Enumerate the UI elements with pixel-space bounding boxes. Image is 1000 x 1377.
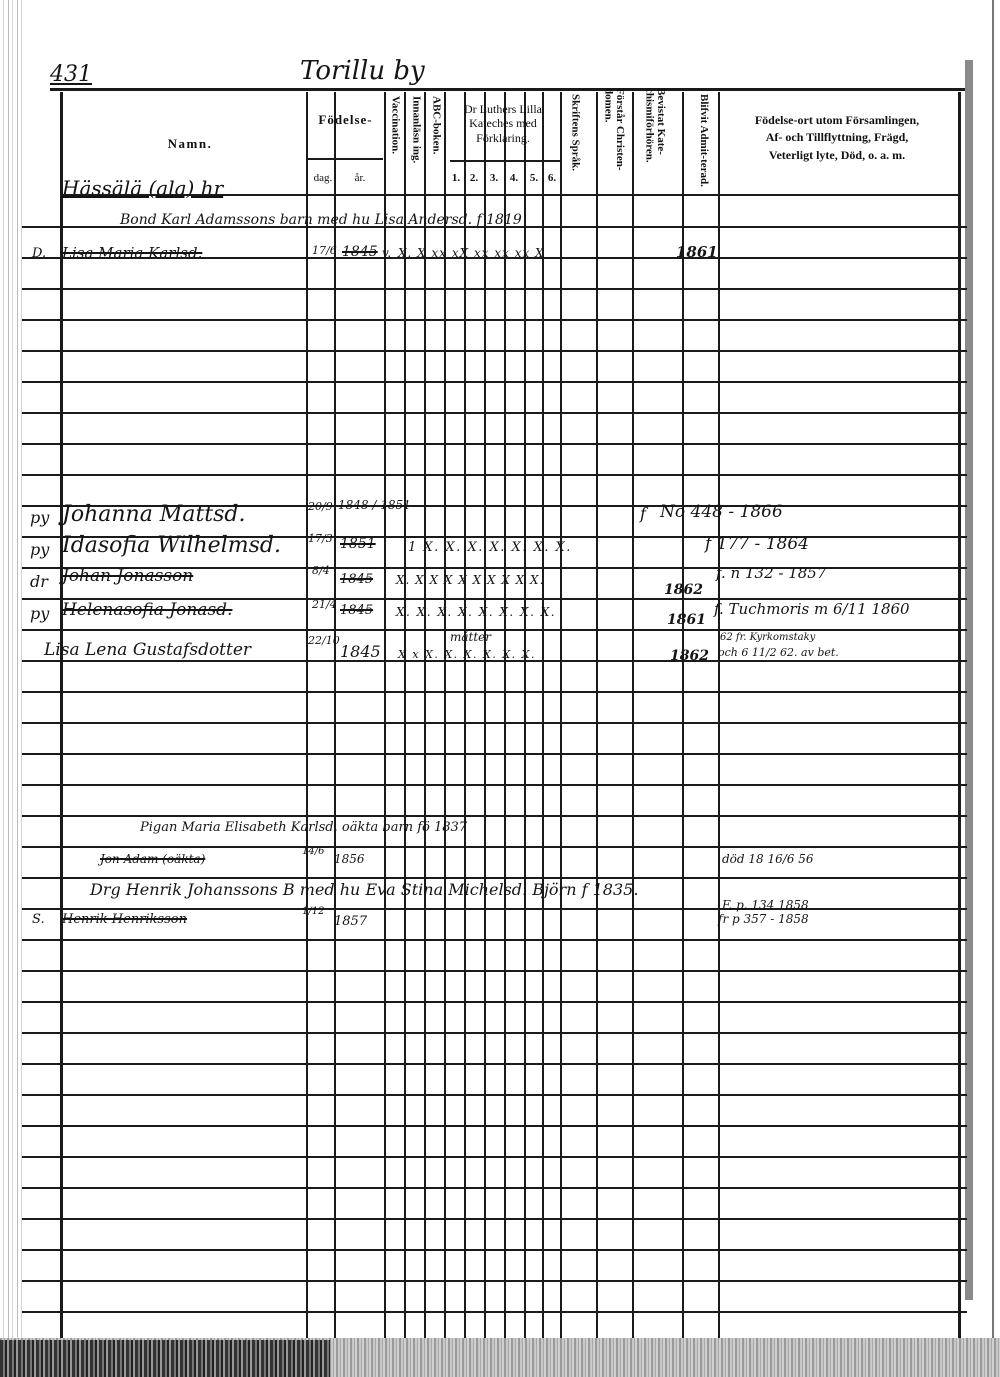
- row-line: [22, 722, 967, 724]
- header-luther-col-6: 6.: [544, 172, 560, 185]
- row-line: [22, 350, 967, 352]
- margin-note: S.: [32, 912, 45, 927]
- entry-remarks: f. Tuchmoris m 6/11 1860: [714, 600, 910, 618]
- column-line: [306, 92, 308, 1340]
- entry-day-month: 17/6: [312, 244, 337, 257]
- scan-right-edge: [992, 0, 994, 1377]
- header-luther-line-3: Förklaring.: [447, 131, 559, 145]
- family-line-4: Drg Henrik Johanssons B med hu Eva Stina…: [90, 880, 638, 899]
- header-remarks-line-3: Veterligt lyte, Död, o. a. m.: [722, 147, 952, 164]
- row-line: [22, 784, 967, 786]
- entry-year: 1845: [340, 642, 381, 661]
- row-line: [22, 1094, 967, 1096]
- entry-day-month: 14/6: [302, 846, 324, 857]
- row-line: [22, 691, 967, 693]
- header-namn: Namn.: [130, 136, 250, 152]
- row-line: [22, 319, 967, 321]
- row-line: [22, 412, 967, 414]
- header-fodelse-divider: [308, 158, 383, 160]
- entry-name: Johan Jonasson: [62, 566, 193, 586]
- entry-year: 1845: [340, 572, 373, 587]
- entry-day-month: 1/12: [302, 906, 324, 917]
- entry-day-month: 22/10: [308, 634, 340, 647]
- entry-remarks: f 177 - 1864: [705, 534, 809, 554]
- column-line: [524, 92, 526, 1340]
- entry-above-marks-note: måtter: [450, 630, 491, 644]
- header-remarks: Födelse-ort utom Församlingen, Af- och T…: [722, 112, 952, 164]
- row-line: [22, 288, 967, 290]
- row-line: [22, 381, 967, 383]
- header-bottom-line: [60, 194, 960, 196]
- entry-year: 1845: [342, 244, 378, 260]
- entry-catechism-remark: f: [640, 504, 646, 523]
- entry-day-month: 20/9: [308, 500, 333, 513]
- entry-remarks-line-1: 62 fr. Kyrkomstaky: [720, 632, 815, 643]
- row-line: [22, 1249, 967, 1251]
- column-line: [958, 92, 961, 1340]
- row-line: [22, 1156, 967, 1158]
- family-line-3: Pigan Maria Elisabeth Karlsd. oäkta barn…: [140, 820, 467, 835]
- column-line: [444, 92, 446, 1340]
- village-title: Torillu by: [300, 56, 425, 86]
- header-luther-col-4: 4.: [506, 172, 522, 185]
- row-line: [22, 1187, 967, 1189]
- scan-right-gutter: [965, 60, 973, 1300]
- entry-admitted: 1862: [664, 582, 703, 598]
- entry-name: Idasofia Wilhelmsd.: [62, 533, 281, 558]
- entry-day-month: 8/4: [312, 564, 330, 577]
- column-line: [464, 92, 466, 1340]
- row-line: [22, 1125, 967, 1127]
- entry-admitted: 1862: [670, 648, 709, 664]
- header-luther-line-2: Kateches med: [447, 116, 559, 130]
- row-line: [22, 1063, 967, 1065]
- header-bevistat-katechismiforhoren: Bevistat Kate-chismiförhören.: [634, 88, 666, 188]
- farm-heading: Hässälä (ala) hr: [62, 176, 223, 200]
- header-vaccination: Vaccination.: [389, 96, 401, 186]
- entry-name: Johanna Mattsd.: [62, 502, 246, 527]
- entry-marks: X. X xx xX xx xx xx X: [398, 246, 545, 260]
- margin-note: py: [30, 540, 49, 559]
- header-fodelse: Födelse-: [308, 112, 383, 128]
- entry-marks: X. X X X X X X X X X.: [396, 573, 544, 587]
- entry-marks: 1 X. X. X. X. X. X. X.: [408, 540, 572, 555]
- family-line-1: Bond Karl Adamssons barn med hu Lisa And…: [120, 212, 522, 228]
- header-luther-col-2: 2.: [466, 172, 482, 185]
- header-dag: dag.: [310, 172, 336, 185]
- row-line: [22, 629, 967, 631]
- entry-year: 1848 / 1851: [338, 498, 411, 512]
- entry-remarks-line-2: fr p 357 - 1858: [718, 912, 809, 926]
- entry-remarks-line-2: och 6 11/2 62. av bet.: [718, 646, 839, 659]
- row-line: [22, 1001, 967, 1003]
- column-line: [632, 92, 634, 1340]
- column-line: [484, 92, 486, 1340]
- column-line: [596, 92, 598, 1340]
- row-line: [22, 877, 967, 879]
- margin-note: dr: [30, 572, 48, 591]
- header-skriftens-sprak: Skriftens Språk.: [569, 94, 581, 194]
- row-line: [22, 1311, 967, 1313]
- header-remarks-line-2: Af- och Tillflyttning, Frägd,: [722, 129, 952, 146]
- header-luther-line-1: Dr Luthers Lilla: [447, 102, 559, 116]
- entry-name: Lisa Lena Gustafsdotter: [44, 640, 251, 660]
- entry-day-month: 17/3: [308, 532, 333, 545]
- entry-remarks-line-1: F. p. 134 1858: [722, 898, 809, 912]
- row-line: [22, 939, 967, 941]
- entry-marks: X. X. X. X. X. X. X. X.: [396, 605, 556, 619]
- entry-remarks: f. n 132 - 1857: [716, 564, 826, 582]
- header-luther: Dr Luthers Lilla Kateches med Förklaring…: [447, 102, 559, 145]
- row-line: [22, 908, 967, 910]
- header-forstar-christendomen: Förstår Christen-domen.: [597, 88, 625, 188]
- page-number: 431: [50, 62, 92, 87]
- entry-marks: X x X. X. X. X. X. X.: [398, 648, 536, 661]
- entry-year: 1845: [340, 603, 373, 618]
- entry-day-month: 21/4: [312, 598, 337, 611]
- header-luther-col-1: 1.: [448, 172, 464, 185]
- row-line: [22, 815, 967, 817]
- column-line: [718, 92, 720, 1340]
- column-line: [334, 92, 336, 1340]
- scan-noise-bottom-dark: [0, 1340, 330, 1377]
- scan-left-binding-edge: [0, 0, 22, 1377]
- header-luther-col-3: 3.: [486, 172, 502, 185]
- row-line: [22, 970, 967, 972]
- header-remarks-line-1: Födelse-ort utom Församlingen,: [722, 112, 952, 129]
- column-line: [542, 92, 544, 1340]
- column-line: [560, 92, 562, 1340]
- row-line: [22, 1032, 967, 1034]
- entry-admitted: 1861: [667, 612, 706, 628]
- header-innanlasning: Innanläsn ing.: [410, 96, 422, 191]
- column-line: [504, 92, 506, 1340]
- column-line: [424, 92, 426, 1340]
- row-line: [22, 443, 967, 445]
- top-rule: [50, 88, 965, 91]
- entry-year: 1851: [340, 536, 376, 552]
- margin-note: py: [30, 508, 49, 527]
- header-luther-col-5: 5.: [526, 172, 542, 185]
- entry-name: Helenasofia Jonasd.: [62, 600, 232, 620]
- header-blifvit-admitterad: Blifvit Admit-terad.: [679, 94, 709, 194]
- margin-note: py: [30, 604, 49, 623]
- entry-remarks: död 18 16/6 56: [722, 852, 814, 866]
- margin-note: D.: [32, 246, 46, 261]
- entry-name: Jon Adam (oäkta): [100, 852, 205, 866]
- column-line: [384, 92, 386, 1340]
- entry-name: Lisa Maria Karlsd.: [62, 244, 202, 262]
- row-line: [22, 1280, 967, 1282]
- entry-remarks: No 448 - 1866: [660, 502, 783, 522]
- header-luther-divider: [450, 160, 560, 162]
- entry-year: 1857: [334, 914, 367, 929]
- column-line: [404, 92, 406, 1340]
- entry-vaccination: v.: [382, 246, 391, 260]
- header-abc-boken: ABC-boken.: [430, 96, 442, 186]
- entry-name: Henrik Henriksson: [62, 912, 187, 927]
- entry-year: 1856: [334, 852, 365, 866]
- row-line: [22, 753, 967, 755]
- row-line: [22, 846, 967, 848]
- row-line: [22, 1218, 967, 1220]
- row-line: [22, 474, 967, 476]
- column-line: [682, 92, 684, 1340]
- column-line: [60, 92, 63, 1340]
- header-ar: år.: [338, 172, 382, 185]
- entry-admitted: 1861: [676, 243, 718, 261]
